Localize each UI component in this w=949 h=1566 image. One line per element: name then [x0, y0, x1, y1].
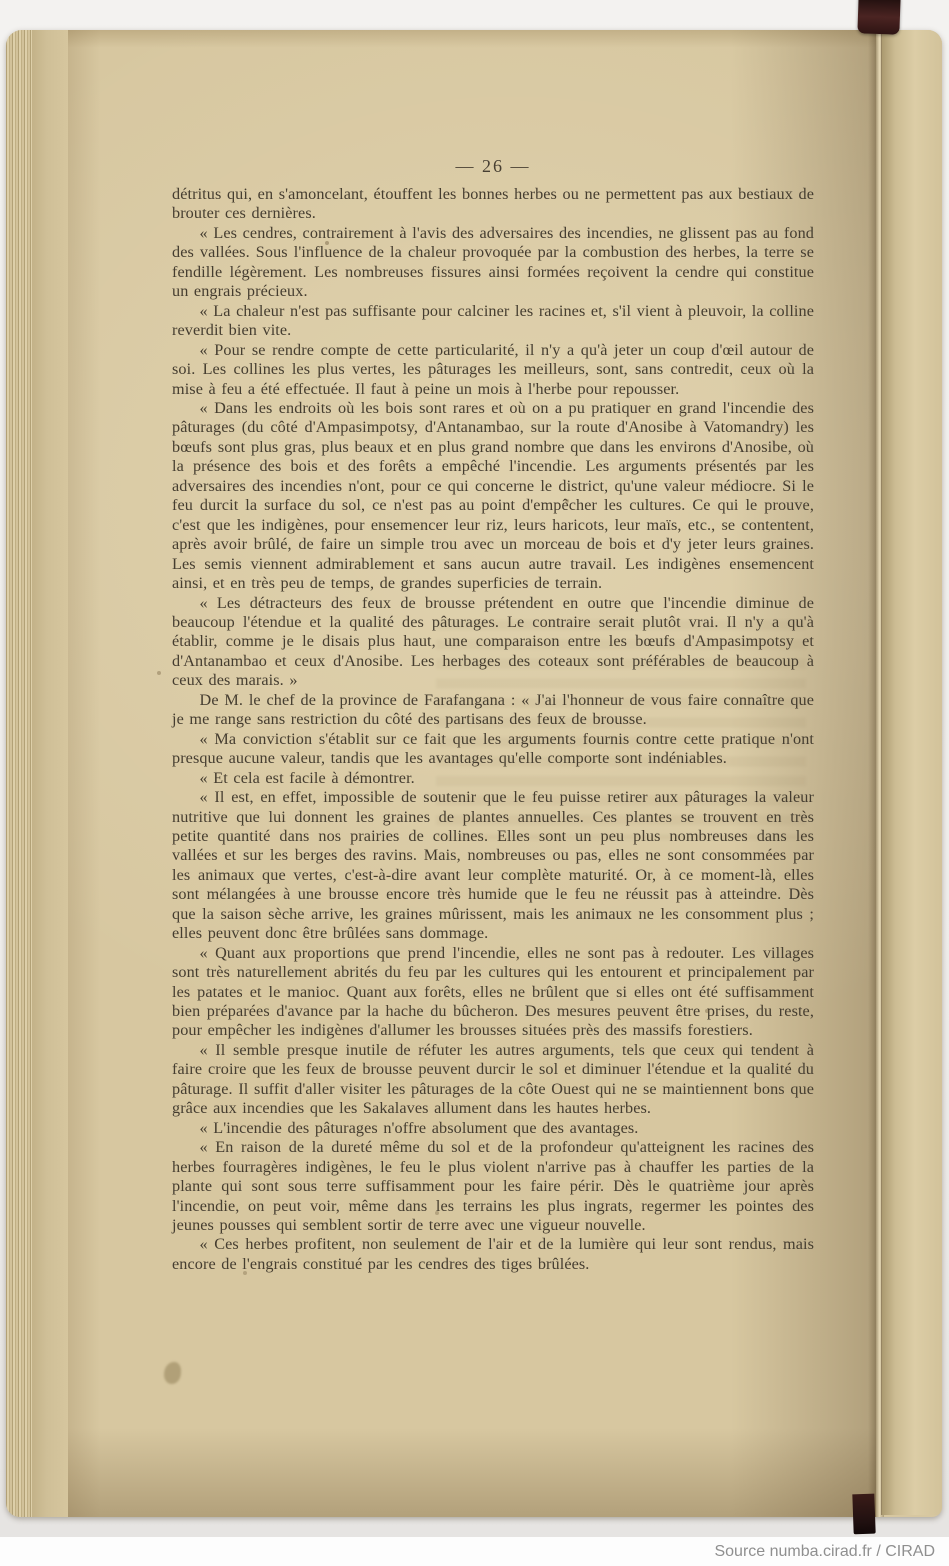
facing-page-edge [881, 30, 942, 1515]
paragraph: « Ces herbes profitent, non seulement de… [172, 1235, 814, 1274]
paragraph: « Il est, en effet, impossible de souten… [172, 788, 814, 944]
paragraph: « Quant aux proportions que prend l'ince… [172, 944, 814, 1041]
source-attribution: Source numba.cirad.fr / CIRAD [714, 1537, 935, 1566]
bookmark-ribbon [852, 1494, 875, 1535]
paragraph: « L'incendie des pâturages n'offre absol… [172, 1119, 814, 1138]
paragraph: « Il semble presque inutile de réfuter l… [172, 1041, 814, 1119]
page-text: détritus qui, en s'amoncelant, étouffent… [172, 185, 814, 1274]
paragraph: « Dans les endroits où les bois sont rar… [172, 399, 814, 594]
book-page-edge-band [32, 30, 68, 1517]
book-binding [857, 0, 900, 35]
paragraph: détritus qui, en s'amoncelant, étouffent… [172, 185, 814, 224]
book-page-edges [6, 30, 32, 1517]
book-scan: — 26 — détritus qui, en s'amoncelant, ét… [6, 30, 942, 1517]
source-attribution-bar: Source numba.cirad.fr / CIRAD [0, 1537, 949, 1566]
paragraph: « En raison de la dureté même du sol et … [172, 1138, 814, 1235]
paragraph: « Ma conviction s'établit sur ce fait qu… [172, 730, 814, 769]
paragraph: « Les détracteurs des feux de brousse pr… [172, 594, 814, 691]
paragraph: « Pour se rendre compte de cette particu… [172, 341, 814, 399]
paragraph: « La chaleur n'est pas suffisante pour c… [172, 302, 814, 341]
paper-speckles [6, 30, 8, 32]
page-number: — 26 — [172, 156, 814, 177]
paragraph: « Les cendres, contrairement à l'avis de… [172, 224, 814, 302]
paragraph: De M. le chef de la province de Farafang… [172, 691, 814, 730]
scanned-book-page-viewer: — 26 — détritus qui, en s'amoncelant, ét… [0, 0, 949, 1566]
paragraph: « Et cela est facile à démontrer. [172, 769, 814, 788]
